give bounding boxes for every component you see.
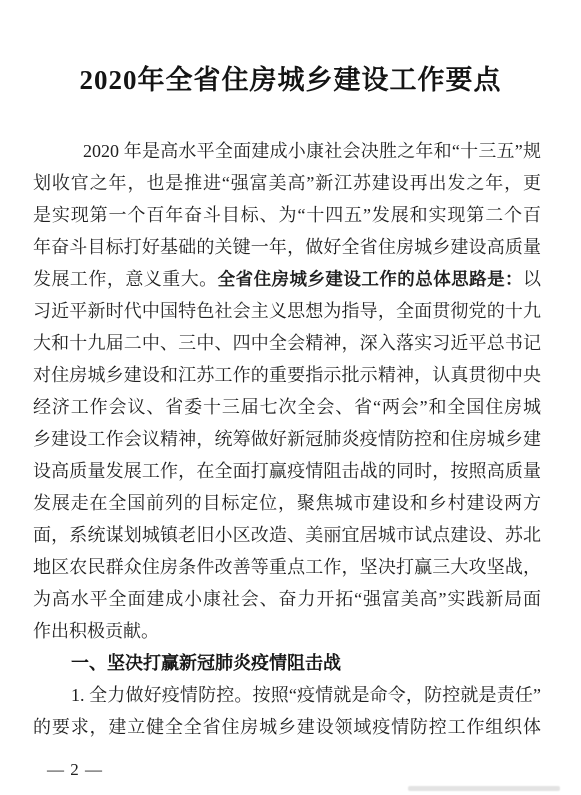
body-line: 是实现第一个百年奋斗目标、为“十四五”发展和实现第二个百: [33, 199, 541, 231]
text-segment: 以: [523, 269, 541, 289]
document-title: 2020年全省住房城乡建设工作要点: [0, 58, 581, 97]
body-line: 划收官之年，也是推进“强富美高”新江苏建设再出发之年，更: [33, 167, 541, 199]
body-line: 作出积极贡献。: [33, 615, 541, 647]
body-line-with-bold: 发展工作，意义重大。全省住房城乡建设工作的总体思路是：以: [33, 263, 541, 295]
body-line: 的要求，建立健全全省住房城乡建设领域疫情防控工作组织体: [33, 711, 541, 743]
bold-text-segment: 全省住房城乡建设工作的总体思路是：: [218, 269, 523, 289]
scan-smudge-artifact: [408, 786, 560, 791]
body-line: 乡建设工作会议精神，统筹做好新冠肺炎疫情防控和住房城乡建: [33, 423, 541, 455]
page-number: — 2 —: [47, 760, 103, 780]
body-line: 对住房城乡建设和江苏工作的重要指示批示精神，认真贯彻中央: [33, 359, 541, 391]
body-line: 面，系统谋划城镇老旧小区改造、美丽宜居城市试点建设、苏北: [33, 519, 541, 551]
body-line: 地区农民群众住房条件改善等重点工作，坚决打赢三大攻坚战，: [33, 551, 541, 583]
body-line: 1. 全力做好疫情防控。按照“疫情就是命令，防控就是责任”: [33, 679, 541, 711]
body-line: 设高质量发展工作，在全面打赢疫情阻击战的同时，按照高质量: [33, 455, 541, 487]
body-line: 习近平新时代中国特色社会主义思想为指导，全面贯彻党的十九: [33, 295, 541, 327]
body-line: 经济工作会议、省委十三届七次全会、省“两会”和全国住房城: [33, 391, 541, 423]
text-segment: 发展工作，意义重大。: [33, 269, 218, 289]
body-line: 年奋斗目标打好基础的关键一年，做好全省住房城乡建设高质量: [33, 231, 541, 263]
document-body: 2020 年是高水平全面建成小康社会决胜之年和“十三五”规 划收官之年，也是推进…: [33, 135, 541, 743]
section-heading: 一、坚决打赢新冠肺炎疫情阻击战: [33, 647, 541, 679]
body-line: 2020 年是高水平全面建成小康社会决胜之年和“十三五”规: [33, 135, 541, 167]
body-line: 发展走在全国前列的目标定位，聚焦城市建设和乡村建设两方: [33, 487, 541, 519]
document-page: 2020年全省住房城乡建设工作要点 2020 年是高水平全面建成小康社会决胜之年…: [0, 0, 581, 795]
body-line: 为高水平全面建成小康社会、奋力开拓“强富美高”实践新局面: [33, 583, 541, 615]
body-line: 大和十九届二中、三中、四中全会精神，深入落实习近平总书记: [33, 327, 541, 359]
